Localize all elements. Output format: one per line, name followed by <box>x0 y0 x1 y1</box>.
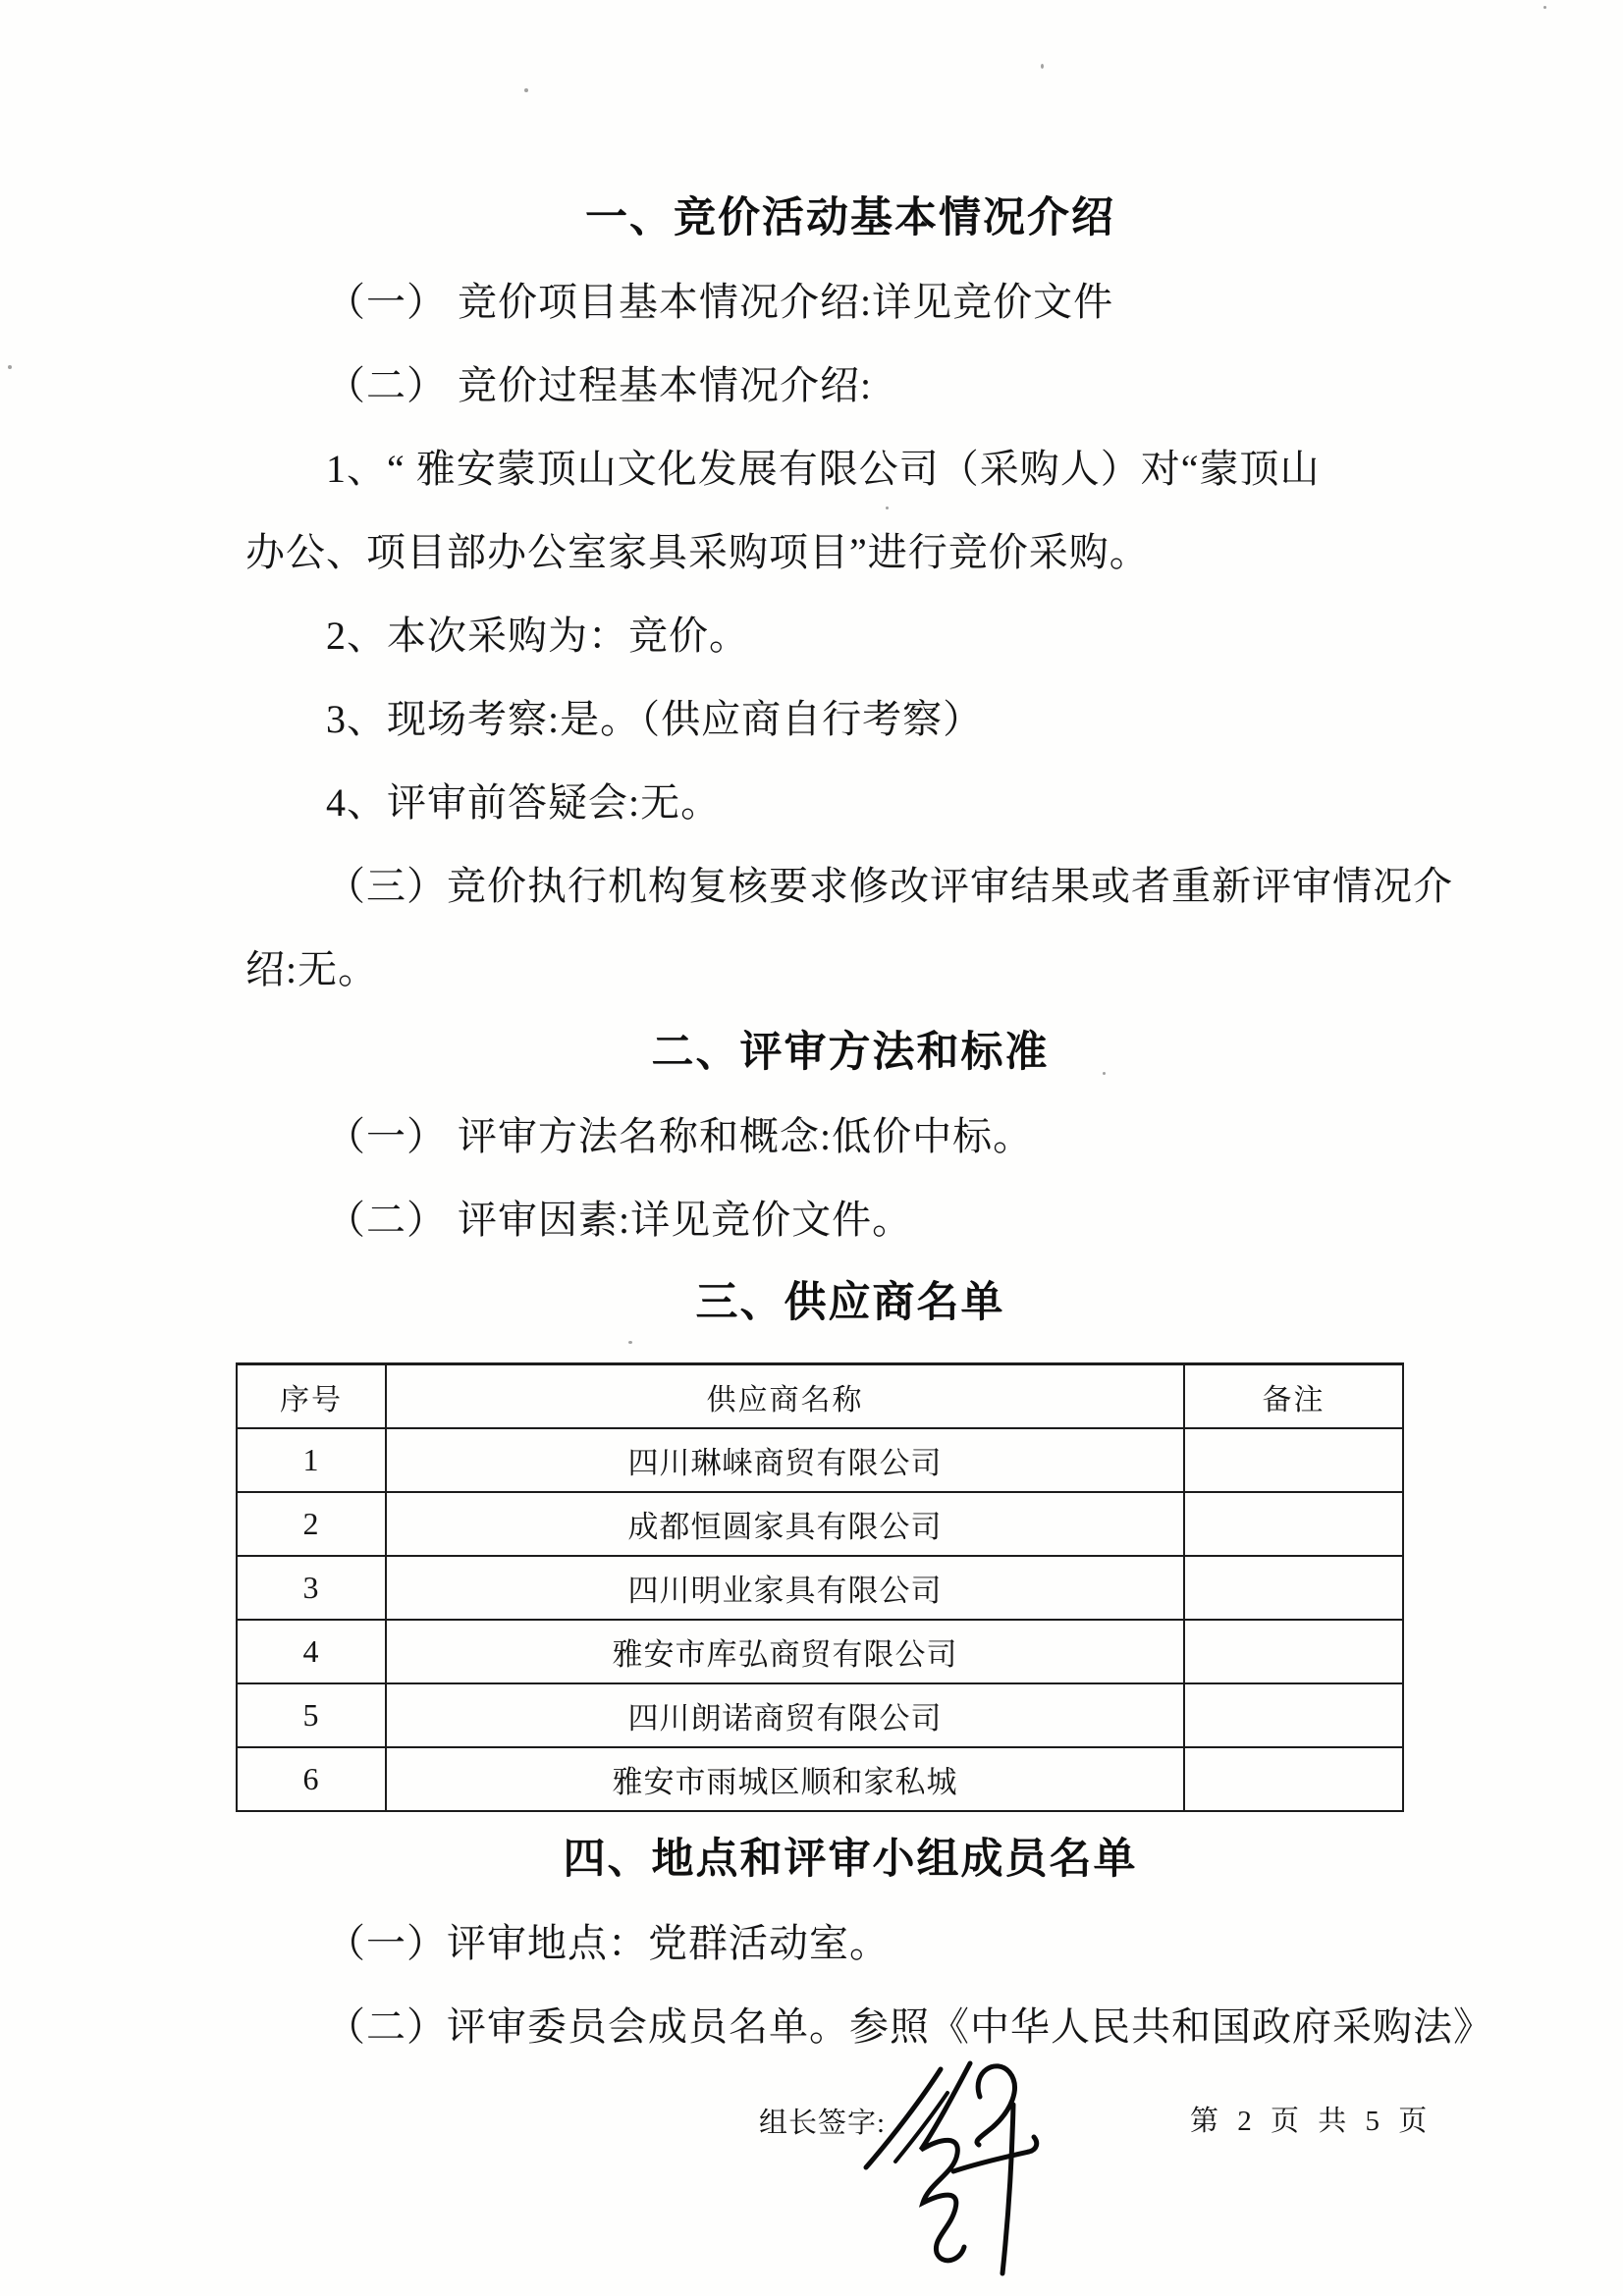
section-2-item-1: （一） 评审方法名称和概念:低价中标。 <box>245 1095 1455 1178</box>
supplier-no: 1 <box>237 1428 386 1492</box>
scan-speck <box>524 88 528 92</box>
leader-signature <box>852 2050 1060 2281</box>
section-2-item-2: （二） 评审因素:详见竞价文件。 <box>245 1178 1455 1261</box>
scan-speck <box>1041 64 1044 69</box>
page-number: 第 2 页 共 5 页 <box>1190 2099 1433 2139</box>
table-row: 1 四川琳崃商贸有限公司 <box>237 1428 1403 1492</box>
section-1-item-6: 4、评审前答疑会:无。 <box>245 761 1455 844</box>
supplier-table-header-no: 序号 <box>237 1364 386 1429</box>
supplier-note <box>1184 1492 1403 1556</box>
scan-speck <box>1103 1072 1106 1075</box>
section-1-item-1: （一） 竞价项目基本情况介绍:详见竞价文件 <box>245 260 1455 344</box>
section-1-item-7-line-2: 绍:无。 <box>245 928 1455 1011</box>
table-row: 6 雅安市雨城区顺和家私城 <box>237 1747 1403 1811</box>
supplier-no: 5 <box>237 1683 386 1747</box>
supplier-name: 雅安市库弘商贸有限公司 <box>386 1620 1184 1683</box>
section-1-item-3-line-2: 办公、项目部办公室家具采购项目”进行竞价采购。 <box>245 510 1455 594</box>
supplier-name: 雅安市雨城区顺和家私城 <box>386 1747 1184 1811</box>
scan-speck <box>8 365 12 369</box>
supplier-name: 四川琳崃商贸有限公司 <box>386 1428 1184 1492</box>
section-1-item-7-line-1: （三）竞价执行机构复核要求修改评审结果或者重新评审情况介 <box>245 844 1455 928</box>
supplier-no: 6 <box>237 1747 386 1811</box>
supplier-name: 成都恒圆家具有限公司 <box>386 1492 1184 1556</box>
supplier-note <box>1184 1747 1403 1811</box>
supplier-no: 2 <box>237 1492 386 1556</box>
scan-speck <box>886 507 889 509</box>
table-row: 4 雅安市库弘商贸有限公司 <box>237 1620 1403 1683</box>
table-row: 2 成都恒圆家具有限公司 <box>237 1492 1403 1556</box>
section-1-item-3-line-1: 1、“ 雅安蒙顶山文化发展有限公司（采购人）对“蒙顶山 <box>245 427 1455 510</box>
section-4-item-2: （二）评审委员会成员名单。参照《中华人民共和国政府采购法》 <box>245 1985 1455 2068</box>
supplier-table-header-name: 供应商名称 <box>386 1364 1184 1429</box>
supplier-note <box>1184 1683 1403 1747</box>
scanned-document-page: 一、竞价活动基本情况介绍 （一） 竞价项目基本情况介绍:详见竞价文件 （二） 竞… <box>0 0 1623 2296</box>
supplier-table-header-note: 备注 <box>1184 1364 1403 1429</box>
table-row: 5 四川朗诺商贸有限公司 <box>237 1683 1403 1747</box>
section-1-item-4: 2、本次采购为：竞价。 <box>245 594 1455 677</box>
section-1-item-5: 3、现场考察:是。（供应商自行考察） <box>245 677 1455 761</box>
supplier-name: 四川朗诺商贸有限公司 <box>386 1683 1184 1747</box>
scan-speck <box>1543 6 1546 9</box>
section-1-heading: 一、竞价活动基本情况介绍 <box>245 177 1455 260</box>
supplier-note <box>1184 1620 1403 1683</box>
document-content: 一、竞价活动基本情况介绍 （一） 竞价项目基本情况介绍:详见竞价文件 （二） 竞… <box>245 177 1455 2068</box>
table-row: 3 四川明业家具有限公司 <box>237 1556 1403 1620</box>
section-2-heading: 二、评审方法和标准 <box>245 1011 1455 1095</box>
section-3-heading: 三、供应商名单 <box>245 1261 1455 1345</box>
supplier-table: 序号 供应商名称 备注 1 四川琳崃商贸有限公司 2 成都恒圆家具有限公司 3 <box>236 1362 1404 1812</box>
supplier-no: 4 <box>237 1620 386 1683</box>
supplier-note <box>1184 1556 1403 1620</box>
supplier-no: 3 <box>237 1556 386 1620</box>
section-4-item-1: （一）评审地点：党群活动室。 <box>245 1901 1455 1985</box>
scan-speck <box>628 1341 632 1344</box>
section-4-heading: 四、地点和评审小组成员名单 <box>245 1818 1455 1901</box>
supplier-name: 四川明业家具有限公司 <box>386 1556 1184 1620</box>
supplier-note <box>1184 1428 1403 1492</box>
section-1-item-2: （二） 竞价过程基本情况介绍: <box>245 344 1455 427</box>
supplier-table-header-row: 序号 供应商名称 备注 <box>237 1364 1403 1429</box>
